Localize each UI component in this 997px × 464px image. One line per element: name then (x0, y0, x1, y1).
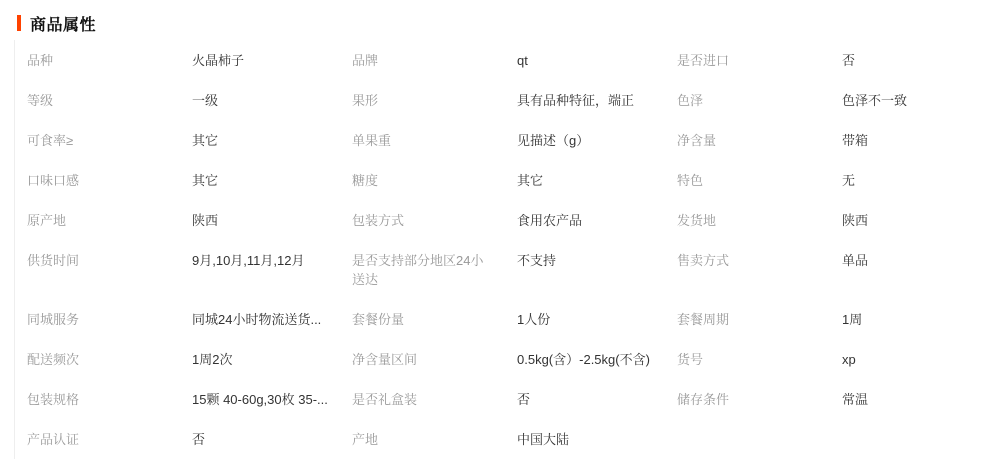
attr-label: 包装方式 (352, 211, 517, 230)
attr-label: 是否礼盒装 (352, 390, 517, 409)
title-accent-bar-icon (17, 15, 21, 31)
attr-value: 中国大陆 (517, 430, 677, 449)
attr-cell: 包装规格 15颗 40-60g,30枚 35-... (27, 379, 352, 419)
attr-label: 是否进口 (677, 51, 842, 70)
attr-value: 同城24小时物流送货... (192, 310, 352, 329)
attr-label: 特色 (677, 171, 842, 190)
attr-value: 0.5kg(含）-2.5kg(不含) (517, 350, 677, 369)
attr-cell: 包装方式 食用农产品 (352, 200, 677, 240)
attr-label: 净含量 (677, 131, 842, 150)
attr-label: 配送频次 (27, 350, 192, 369)
attr-value: 15颗 40-60g,30枚 35-... (192, 390, 352, 409)
attr-cell: 品牌 qt (352, 40, 677, 80)
attr-label: 是否支持部分地区24小送达 (352, 251, 517, 289)
attr-value: 单品 (842, 251, 997, 270)
attr-row: 包装规格 15颗 40-60g,30枚 35-... 是否礼盒装 否 储存条件 … (27, 379, 997, 419)
attr-row: 同城服务 同城24小时物流送货... 套餐份量 1人份 套餐周期 1周 (27, 299, 997, 339)
attr-value: 色泽不一致 (842, 91, 997, 110)
attr-cell: 原产地 陕西 (27, 200, 352, 240)
attr-cell: 糖度 其它 (352, 160, 677, 200)
attr-cell: 口味口感 其它 (27, 160, 352, 200)
attr-value: 1周2次 (192, 350, 352, 369)
attr-label: 品牌 (352, 51, 517, 70)
attr-label: 单果重 (352, 131, 517, 150)
attr-row: 品种 火晶柿子 品牌 qt 是否进口 否 (27, 40, 997, 80)
attr-label: 储存条件 (677, 390, 842, 409)
attr-cell: 套餐份量 1人份 (352, 299, 677, 339)
attr-label: 套餐份量 (352, 310, 517, 329)
attr-label: 净含量区间 (352, 350, 517, 369)
attr-value: 1周 (842, 310, 997, 329)
attr-row: 供货时间 9月,10月,11月,12月 是否支持部分地区24小送达 不支持 售卖… (27, 240, 997, 299)
attr-row: 产品认证 否 产地 中国大陆 (27, 419, 997, 459)
attr-row: 原产地 陕西 包装方式 食用农产品 发货地 陕西 (27, 200, 997, 240)
attr-cell: 净含量 带箱 (677, 120, 997, 160)
page-title: 商品属性 (30, 12, 96, 35)
attr-label: 供货时间 (27, 251, 192, 270)
attr-row: 口味口感 其它 糖度 其它 特色 无 (27, 160, 997, 200)
attr-label: 品种 (27, 51, 192, 70)
attr-value: 带箱 (842, 131, 997, 150)
attr-label: 色泽 (677, 91, 842, 110)
attr-label: 发货地 (677, 211, 842, 230)
attr-value: 陕西 (842, 211, 997, 230)
attributes-table: 品种 火晶柿子 品牌 qt 是否进口 否 等级 一级 果形 具有品种特征，端正 … (14, 40, 997, 459)
attr-value: 否 (517, 390, 677, 409)
attr-value: 常温 (842, 390, 997, 409)
attr-cell: 货号 xp (677, 339, 997, 379)
attr-value: 见描述（g） (517, 131, 677, 150)
attr-cell: 是否支持部分地区24小送达 不支持 (352, 240, 677, 299)
attr-label: 果形 (352, 91, 517, 110)
attr-value: 其它 (192, 171, 352, 190)
attr-cell: 品种 火晶柿子 (27, 40, 352, 80)
attr-label: 原产地 (27, 211, 192, 230)
attr-cell: 售卖方式 单品 (677, 240, 997, 299)
attr-label: 产地 (352, 430, 517, 449)
attr-value: xp (842, 350, 997, 369)
attr-value: 9月,10月,11月,12月 (192, 251, 352, 270)
attr-value: 食用农产品 (517, 211, 677, 230)
attr-value: 1人份 (517, 310, 677, 329)
attr-cell: 果形 具有品种特征，端正 (352, 80, 677, 120)
attr-value: 具有品种特征，端正 (517, 91, 677, 110)
attr-cell: 发货地 陕西 (677, 200, 997, 240)
attr-cell: 是否进口 否 (677, 40, 997, 80)
attr-label: 售卖方式 (677, 251, 842, 270)
attr-value: 否 (842, 51, 997, 70)
attr-label: 可食率≥ (27, 131, 192, 150)
attr-value: qt (517, 51, 677, 70)
attr-value: 否 (192, 430, 352, 449)
attr-label: 包装规格 (27, 390, 192, 409)
attr-value: 其它 (192, 131, 352, 150)
attr-cell: 配送频次 1周2次 (27, 339, 352, 379)
attr-cell: 产品认证 否 (27, 419, 352, 459)
attr-value: 火晶柿子 (192, 51, 352, 70)
attr-value: 一级 (192, 91, 352, 110)
attr-cell: 等级 一级 (27, 80, 352, 120)
attr-label: 同城服务 (27, 310, 192, 329)
attr-label: 等级 (27, 91, 192, 110)
attr-label: 糖度 (352, 171, 517, 190)
attr-cell: 产地 中国大陆 (352, 419, 677, 459)
attr-cell: 特色 无 (677, 160, 997, 200)
attr-label: 口味口感 (27, 171, 192, 190)
attr-value: 其它 (517, 171, 677, 190)
attr-cell: 可食率≥ 其它 (27, 120, 352, 160)
attr-row: 可食率≥ 其它 单果重 见描述（g） 净含量 带箱 (27, 120, 997, 160)
attr-cell: 净含量区间 0.5kg(含）-2.5kg(不含) (352, 339, 677, 379)
attr-cell: 是否礼盒装 否 (352, 379, 677, 419)
attr-cell: 供货时间 9月,10月,11月,12月 (27, 240, 352, 299)
attr-value: 陕西 (192, 211, 352, 230)
attr-row: 等级 一级 果形 具有品种特征，端正 色泽 色泽不一致 (27, 80, 997, 120)
section-header: 商品属性 (0, 0, 997, 35)
attr-row: 配送频次 1周2次 净含量区间 0.5kg(含）-2.5kg(不含) 货号 xp (27, 339, 997, 379)
attr-label: 产品认证 (27, 430, 192, 449)
attr-value: 无 (842, 171, 997, 190)
attr-cell: 同城服务 同城24小时物流送货... (27, 299, 352, 339)
attr-label: 套餐周期 (677, 310, 842, 329)
attr-label: 货号 (677, 350, 842, 369)
attr-cell: 色泽 色泽不一致 (677, 80, 997, 120)
attr-value: 不支持 (517, 251, 677, 270)
attr-cell: 套餐周期 1周 (677, 299, 997, 339)
attr-cell: 单果重 见描述（g） (352, 120, 677, 160)
attr-cell: 储存条件 常温 (677, 379, 997, 419)
